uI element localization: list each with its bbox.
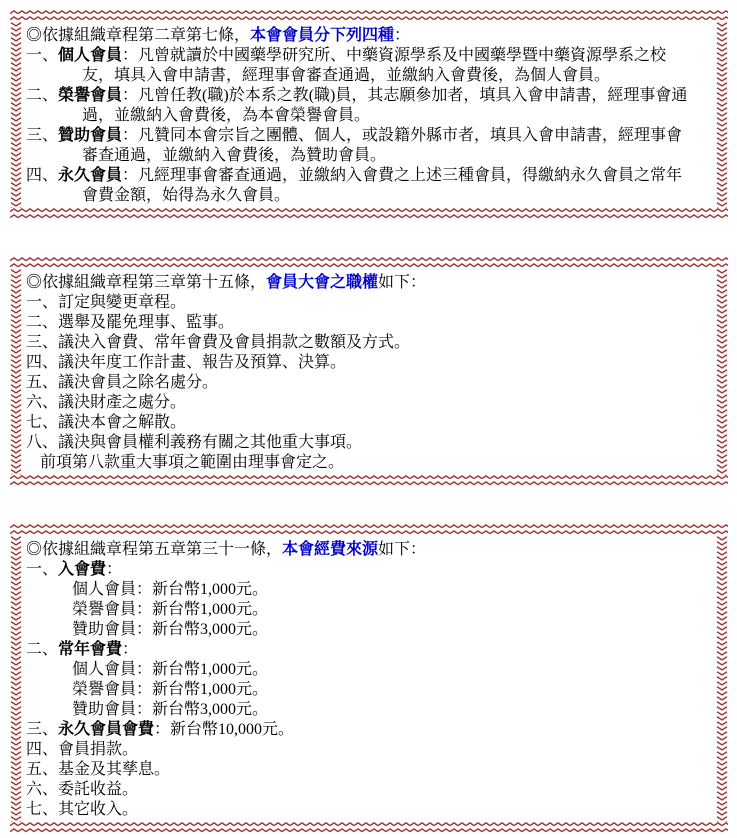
list-item: 贊助會員：新台幣3,000元。 [26, 620, 690, 640]
item-number: 七、 [26, 801, 58, 818]
item-number: 一、 [26, 561, 58, 578]
list-item: 一、訂定與變更章程。 [26, 293, 690, 313]
clause-suffix: 如下： [378, 541, 426, 558]
list-item: 八、議決與會員權利義務有關之其他重大事項。 [26, 433, 690, 453]
item-number: 六、 [26, 781, 58, 798]
list-item: 前項第八款重大事項之範圍由理事會定之。 [26, 453, 690, 473]
item-number: 五、 [26, 374, 58, 391]
clause-highlight: 本會會員分下列四種 [250, 27, 394, 44]
zigzag-border-left [10, 22, 22, 208]
item-label: 入會費 [58, 561, 106, 578]
item-separator: ： [122, 641, 138, 658]
item-text: 凡經理事會審查通過，並繳納入會費之上述三種會員，得繳納永久會員之常年會費金額，始… [82, 167, 682, 204]
list-item: 四、永久會員：凡經理事會審查通過，並繳納入會費之上述三種會員，得繳納永久會員之常… [26, 166, 690, 206]
item-number: 一、 [26, 47, 58, 64]
item-separator: ： [154, 721, 170, 738]
zigzag-border-left [10, 536, 22, 822]
list-item: 一、個人會員：凡曾就讀於中國藥學研究所、中藥資源學系及中國藥學暨中藥資源學系之校… [26, 46, 690, 86]
item-text: 榮譽會員：新台幣1,000元。 [72, 601, 268, 618]
item-label: 永久會員會費 [58, 721, 154, 738]
clause-suffix: ： [394, 27, 410, 44]
item-number: 四、 [26, 167, 58, 184]
item-text: 凡贊同本會宗旨之團體、個人，或設籍外縣市者，填具入會申請書，經理事會審查通過，並… [82, 127, 682, 164]
item-number: 六、 [26, 394, 58, 411]
list-item: 四、會員捐款。 [26, 740, 690, 760]
zigzag-border-top [10, 257, 728, 269]
item-number: 三、 [26, 334, 58, 351]
item-text: 議決年度工作計畫、報告及預算、決算。 [58, 354, 346, 371]
item-text: 榮譽會員：新台幣1,000元。 [72, 681, 268, 698]
item-number: 一、 [26, 294, 58, 311]
list-item: 三、永久會員會費：新台幣10,000元。 [26, 720, 690, 740]
item-number: 四、 [26, 741, 58, 758]
item-text: 議決入會費、常年會費及會員捐款之數額及方式。 [58, 334, 410, 351]
clause-box-assembly-powers: ◎依據組織章程第三章第十五條，會員大會之職權如下： 一、訂定與變更章程。二、選舉… [10, 257, 728, 487]
item-text: 贊助會員：新台幣3,000元。 [72, 701, 268, 718]
list-item: 榮譽會員：新台幣1,000元。 [26, 680, 690, 700]
item-text: 委託收益。 [58, 781, 138, 798]
clause-reference: ◎依據組織章程第五章第三十一條， [26, 541, 282, 558]
item-text: 其它收入。 [58, 801, 138, 818]
item-separator: ： [122, 87, 138, 104]
item-text: 個人會員：新台幣1,000元。 [72, 581, 268, 598]
clause-intro: ◎依據組織章程第三章第十五條，會員大會之職權如下： [26, 273, 690, 293]
item-number: 二、 [26, 314, 58, 331]
item-text: 訂定與變更章程。 [58, 294, 186, 311]
clause-box-funding-sources: ◎依據組織章程第五章第三十一條，本會經費來源如下： 一、入會費：個人會員：新台幣… [10, 524, 728, 834]
item-text: 議決會員之除名處分。 [58, 374, 218, 391]
item-number: 三、 [26, 127, 58, 144]
list-item: 五、基金及其孳息。 [26, 760, 690, 780]
item-text: 選舉及罷免理事、監事。 [58, 314, 234, 331]
item-text: 會員捐款。 [58, 741, 138, 758]
item-label: 個人會員 [58, 47, 122, 64]
item-text: 前項第八款重大事項之範圍由理事會定之。 [40, 454, 344, 471]
list-item: 榮譽會員：新台幣1,000元。 [26, 600, 690, 620]
clause-item-list: 一、個人會員：凡曾就讀於中國藥學研究所、中藥資源學系及中國藥學暨中藥資源學系之校… [26, 46, 690, 206]
list-item: 贊助會員：新台幣3,000元。 [26, 700, 690, 720]
zigzag-border-top [10, 524, 728, 536]
list-item: 七、其它收入。 [26, 800, 690, 820]
zigzag-border-left [10, 269, 22, 475]
zigzag-border-top [10, 10, 728, 22]
item-separator: ： [122, 167, 138, 184]
clause-reference: ◎依據組織章程第二章第七條， [26, 27, 250, 44]
clause-highlight: 會員大會之職權 [266, 274, 378, 291]
item-number: 七、 [26, 414, 58, 431]
zigzag-border-right [716, 269, 728, 475]
list-item: 三、議決入會費、常年會費及會員捐款之數額及方式。 [26, 333, 690, 353]
list-item: 一、入會費： [26, 560, 690, 580]
clause-reference: ◎依據組織章程第三章第十五條， [26, 274, 266, 291]
list-item: 七、議決本會之解散。 [26, 413, 690, 433]
zigzag-border-right [716, 536, 728, 822]
document-page: ◎依據組織章程第二章第七條，本會會員分下列四種： 一、個人會員：凡曾就讀於中國藥… [0, 0, 737, 838]
item-text: 議決與會員權利義務有關之其他重大事項。 [58, 434, 362, 451]
zigzag-border-bottom [10, 475, 728, 487]
item-label: 贊助會員 [58, 127, 122, 144]
item-text: 個人會員：新台幣1,000元。 [72, 661, 268, 678]
zigzag-border-bottom [10, 822, 728, 834]
item-text: 議決本會之解散。 [58, 414, 186, 431]
item-text: 新台幣10,000元。 [170, 721, 294, 738]
item-number: 八、 [26, 434, 58, 451]
item-separator: ： [122, 47, 138, 64]
item-separator: ： [122, 127, 138, 144]
item-text: 凡曾任教(職)於本系之教(職)員，其志願參加者，填具入會申請書，經理事會通過，並… [82, 87, 687, 124]
item-text: 凡曾就讀於中國藥學研究所、中藥資源學系及中國藥學暨中藥資源學系之校友，填具入會申… [82, 47, 666, 84]
list-item: 二、常年會費： [26, 640, 690, 660]
zigzag-border-bottom [10, 208, 728, 220]
clause-suffix: 如下： [378, 274, 426, 291]
list-item: 四、議決年度工作計畫、報告及預算、決算。 [26, 353, 690, 373]
list-item: 五、議決會員之除名處分。 [26, 373, 690, 393]
clause-highlight: 本會經費來源 [282, 541, 378, 558]
list-item: 六、議決財產之處分。 [26, 393, 690, 413]
item-label: 永久會員 [58, 167, 122, 184]
item-number: 二、 [26, 641, 58, 658]
list-item: 二、選舉及罷免理事、監事。 [26, 313, 690, 333]
item-number: 二、 [26, 87, 58, 104]
item-text: 議決財產之處分。 [58, 394, 186, 411]
item-text: 基金及其孳息。 [58, 761, 170, 778]
list-item: 六、委託收益。 [26, 780, 690, 800]
item-separator: ： [106, 561, 122, 578]
item-number: 三、 [26, 721, 58, 738]
clause-box-membership-types: ◎依據組織章程第二章第七條，本會會員分下列四種： 一、個人會員：凡曾就讀於中國藥… [10, 10, 728, 220]
list-item: 二、榮譽會員：凡曾任教(職)於本系之教(職)員，其志願參加者，填具入會申請書，經… [26, 86, 690, 126]
item-number: 五、 [26, 761, 58, 778]
item-label: 榮譽會員 [58, 87, 122, 104]
item-number: 四、 [26, 354, 58, 371]
clause-intro: ◎依據組織章程第五章第三十一條，本會經費來源如下： [26, 540, 690, 560]
clause-item-list: 一、入會費：個人會員：新台幣1,000元。榮譽會員：新台幣1,000元。贊助會員… [26, 560, 690, 820]
clause-intro: ◎依據組織章程第二章第七條，本會會員分下列四種： [26, 26, 690, 46]
list-item: 個人會員：新台幣1,000元。 [26, 580, 690, 600]
zigzag-border-right [716, 22, 728, 208]
item-label: 常年會費 [58, 641, 122, 658]
list-item: 三、贊助會員：凡贊同本會宗旨之團體、個人，或設籍外縣市者，填具入會申請書，經理事… [26, 126, 690, 166]
clause-item-list: 一、訂定與變更章程。二、選舉及罷免理事、監事。三、議決入會費、常年會費及會員捐款… [26, 293, 690, 473]
list-item: 個人會員：新台幣1,000元。 [26, 660, 690, 680]
item-text: 贊助會員：新台幣3,000元。 [72, 621, 268, 638]
